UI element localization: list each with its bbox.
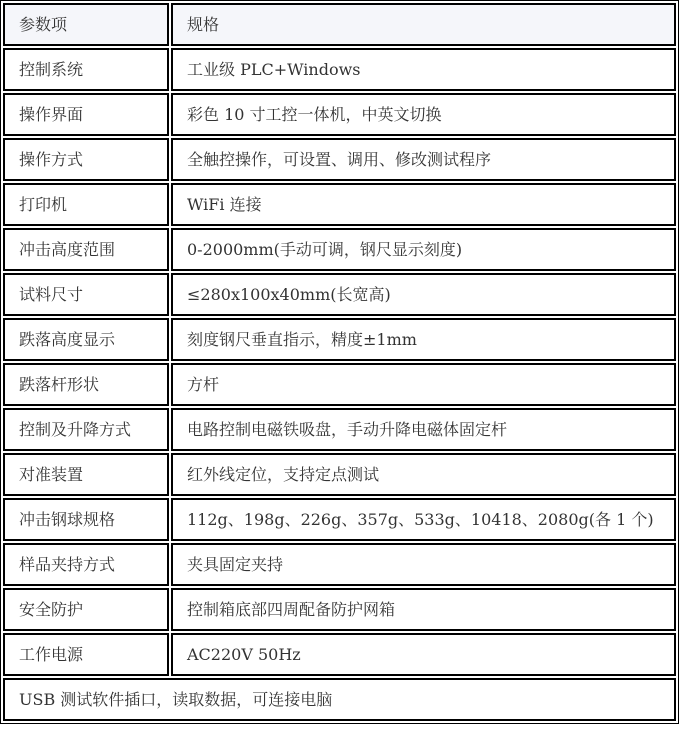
- header-spec: 规格: [171, 3, 676, 46]
- param-cell: 跌落杆形状: [3, 363, 169, 406]
- param-cell: 冲击高度范围: [3, 228, 169, 271]
- spec-cell: WiFi 连接: [171, 183, 676, 226]
- spec-cell: 工业级 PLC+Windows: [171, 48, 676, 91]
- table-row: 操作界面 彩色 10 寸工控一体机，中英文切换: [3, 93, 676, 136]
- spec-cell: 彩色 10 寸工控一体机，中英文切换: [171, 93, 676, 136]
- table-row: 工作电源 AC220V 50Hz: [3, 633, 676, 676]
- table-row: 打印机 WiFi 连接: [3, 183, 676, 226]
- header-param: 参数项: [3, 3, 169, 46]
- param-cell: 控制及升降方式: [3, 408, 169, 451]
- param-cell: 试料尺寸: [3, 273, 169, 316]
- param-cell: 控制系统: [3, 48, 169, 91]
- param-cell: 样品夹持方式: [3, 543, 169, 586]
- param-cell: 工作电源: [3, 633, 169, 676]
- footer-cell: USB 测试软件插口，读取数据，可连接电脑: [3, 678, 676, 721]
- table-row: 跌落高度显示 刻度钢尺垂直指示，精度±1mm: [3, 318, 676, 361]
- param-cell: 对准装置: [3, 453, 169, 496]
- table-header-row: 参数项 规格: [3, 3, 676, 46]
- spec-cell: 电路控制电磁铁吸盘，手动升降电磁体固定杆: [171, 408, 676, 451]
- spec-cell: ≤280x100x40mm(长宽高): [171, 273, 676, 316]
- spec-cell: 0-2000mm(手动可调，钢尺显示刻度): [171, 228, 676, 271]
- param-cell: 冲击钢球规格: [3, 498, 169, 541]
- table-row: 控制及升降方式 电路控制电磁铁吸盘，手动升降电磁体固定杆: [3, 408, 676, 451]
- table-row: 安全防护 控制箱底部四周配备防护网箱: [3, 588, 676, 631]
- param-cell: 操作方式: [3, 138, 169, 181]
- spec-table: 参数项 规格 控制系统 工业级 PLC+Windows 操作界面 彩色 10 寸…: [0, 0, 679, 724]
- param-cell: 跌落高度显示: [3, 318, 169, 361]
- table-row: 试料尺寸 ≤280x100x40mm(长宽高): [3, 273, 676, 316]
- table-row: 操作方式 全触控操作，可设置、调用、修改测试程序: [3, 138, 676, 181]
- spec-cell: 红外线定位，支持定点测试: [171, 453, 676, 496]
- spec-cell: AC220V 50Hz: [171, 633, 676, 676]
- spec-cell: 夹具固定夹持: [171, 543, 676, 586]
- param-cell: 操作界面: [3, 93, 169, 136]
- table-row: 冲击高度范围 0-2000mm(手动可调，钢尺显示刻度): [3, 228, 676, 271]
- spec-cell: 控制箱底部四周配备防护网箱: [171, 588, 676, 631]
- spec-cell: 112g、198g、226g、357g、533g、10418、2080g(各 1…: [171, 498, 676, 541]
- table-footer-row: USB 测试软件插口，读取数据，可连接电脑: [3, 678, 676, 721]
- table-row: 跌落杆形状 方杆: [3, 363, 676, 406]
- spec-cell: 方杆: [171, 363, 676, 406]
- table-row: 样品夹持方式 夹具固定夹持: [3, 543, 676, 586]
- param-cell: 安全防护: [3, 588, 169, 631]
- spec-cell: 刻度钢尺垂直指示，精度±1mm: [171, 318, 676, 361]
- table-row: 控制系统 工业级 PLC+Windows: [3, 48, 676, 91]
- table-row: 对准装置 红外线定位，支持定点测试: [3, 453, 676, 496]
- table-row: 冲击钢球规格 112g、198g、226g、357g、533g、10418、20…: [3, 498, 676, 541]
- spec-cell: 全触控操作，可设置、调用、修改测试程序: [171, 138, 676, 181]
- param-cell: 打印机: [3, 183, 169, 226]
